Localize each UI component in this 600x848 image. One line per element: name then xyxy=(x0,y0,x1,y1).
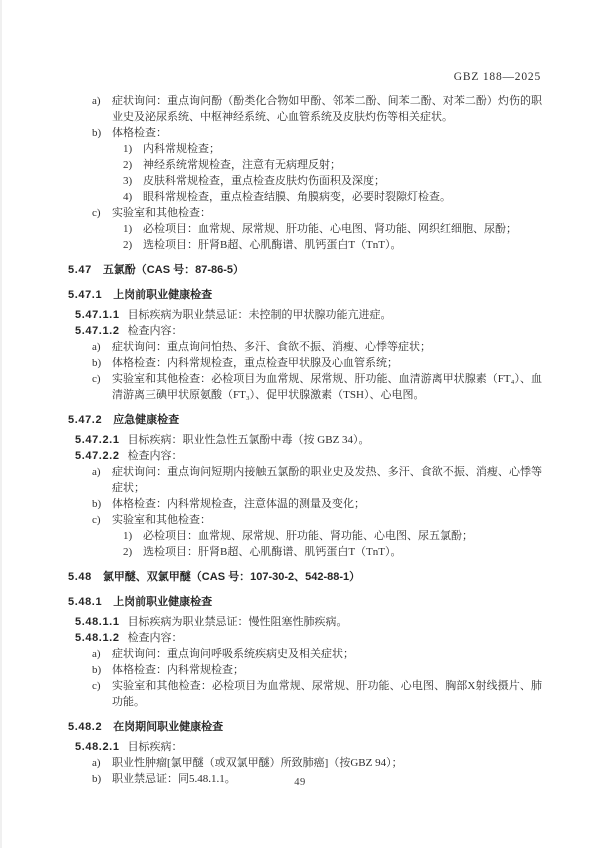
clause-5-47-2-2: 5.47.2.2检查内容： xyxy=(68,448,542,464)
subitem-label: 2) xyxy=(123,544,132,560)
clause-number: 5.47.2.1 xyxy=(75,434,120,446)
clause-text: 检查内容： xyxy=(128,325,183,337)
section-heading-5-48-1: 5.48.1上岗前职业健康检查 xyxy=(68,594,542,610)
item-label: b) xyxy=(92,496,101,512)
list-subitem: 2)神经系统常规检查，注意有无病理反射； xyxy=(68,157,542,173)
clause-text: 检查内容： xyxy=(128,632,183,644)
subitem-label: 1) xyxy=(123,528,132,544)
clause-text: 检查内容： xyxy=(128,450,183,462)
subitem-text: 选检项目：肝肾B超、心肌酶谱、肌钙蛋白T（TnT）。 xyxy=(143,239,402,251)
clause-5-47-2-1: 5.47.2.1目标疾病：职业性急性五氯酚中毒（按 GBZ 34）。 xyxy=(68,432,542,448)
clause-text: 目标疾病：职业性急性五氯酚中毒（按 GBZ 34）。 xyxy=(128,434,370,446)
list-item: a)症状询问：重点询问短期内接触五氯酚的职业史及发热、多汗、食欲不振、消瘦、心悸… xyxy=(68,464,542,496)
clause-number: 5.47.2.2 xyxy=(75,450,120,462)
item-text: 实验室和其他检查： xyxy=(112,514,211,526)
list-subitem: 2)选检项目：肝肾B超、心肌酶谱、肌钙蛋白T（TnT）。 xyxy=(68,237,542,253)
item-text: 体格检查：内科常规检查，注意体温的测量及变化； xyxy=(112,498,365,510)
list-item: c)实验室和其他检查： xyxy=(68,205,542,221)
section-heading-5-47-2: 5.47.2应急健康检查 xyxy=(68,412,542,428)
list-item: c)实验室和其他检查：必检项目为血常规、尿常规、肝功能、心电图、胸部X射线摄片、… xyxy=(68,678,542,710)
list-subitem: 4)眼科常规检查，重点检查结膜、角膜病变，必要时裂隙灯检查。 xyxy=(68,189,542,205)
item-text: 职业性肿瘤[氯甲醚（或双氯甲醚）所致肺癌]（按GBZ 94）； xyxy=(112,757,403,769)
page-edge-shadow xyxy=(0,0,2,848)
item-label: b) xyxy=(92,662,101,678)
item-text: 体格检查： xyxy=(112,127,167,139)
page-body: a)症状询问：重点询问酚（酚类化合物如甲酚、邻苯二酚、间苯二酚、对苯二酚）灼伤的… xyxy=(68,93,542,787)
subitem-label: 4) xyxy=(123,189,132,205)
list-item: b)体格检查：内科常规检查，注意体温的测量及变化； xyxy=(68,496,542,512)
list-subitem: 1)必检项目：血常规、尿常规、肝功能、肾功能、心电图、尿五氯酚； xyxy=(68,528,542,544)
item-text: 体格检查：内科常规检查，重点检查甲状腺及心血管系统； xyxy=(112,357,398,369)
item-label: b) xyxy=(92,355,101,371)
item-label: c) xyxy=(92,205,101,221)
clause-5-48-1-2: 5.48.1.2检查内容： xyxy=(68,630,542,646)
heading-number: 5.48.1 xyxy=(68,596,102,608)
section-heading-5-48-2: 5.48.2在岗期间职业健康检查 xyxy=(68,719,542,735)
clause-number: 5.48.1.1 xyxy=(75,616,120,628)
item-label: c) xyxy=(92,371,101,387)
item-label: a) xyxy=(92,339,101,355)
subitem-text: 神经系统常规检查，注意有无病理反射； xyxy=(143,159,341,171)
clause-text: 目标疾病为职业禁忌证：慢性阻塞性肺疾病。 xyxy=(128,616,348,628)
list-item: a)症状询问：重点询问酚（酚类化合物如甲酚、邻苯二酚、间苯二酚、对苯二酚）灼伤的… xyxy=(68,93,542,125)
clause-5-47-1-2: 5.47.1.2检查内容： xyxy=(68,323,542,339)
clause-5-47-1-1: 5.47.1.1目标疾病为职业禁忌证：未控制的甲状腺功能亢进症。 xyxy=(68,307,542,323)
clause-number: 5.47.1.2 xyxy=(75,325,120,337)
heading-number: 5.47 xyxy=(68,264,92,276)
item-text: 实验室和其他检查：必检项目为血常规、尿常规、肝功能、心电图、胸部X射线摄片、肺功… xyxy=(112,680,542,708)
item-text: 症状询问：重点询问怕热、多汗、食欲不振、消瘦、心悸等症状； xyxy=(112,341,431,353)
list-subitem: 2)选检项目：肝肾B超、心肌酶谱、肌钙蛋白T（TnT）。 xyxy=(68,544,542,560)
list-item: a)职业性肿瘤[氯甲醚（或双氯甲醚）所致肺癌]（按GBZ 94）； xyxy=(68,755,542,771)
list-item: c)实验室和其他检查： xyxy=(68,512,542,528)
subitem-label: 3) xyxy=(123,173,132,189)
clause-text: 目标疾病为职业禁忌证：未控制的甲状腺功能亢进症。 xyxy=(128,309,392,321)
section-heading-5-48: 5.48氯甲醚、双氯甲醚（CAS 号：107-30-2、542-88-1） xyxy=(68,569,542,585)
list-item: b)体格检查： xyxy=(68,125,542,141)
page-number: 49 xyxy=(0,777,600,788)
clause-number: 5.47.1.1 xyxy=(75,309,120,321)
clause-5-48-2-1: 5.48.2.1目标疾病： xyxy=(68,739,542,755)
section-heading-5-47-1: 5.47.1上岗前职业健康检查 xyxy=(68,287,542,303)
document-page: GBZ 188—2025 a)症状询问：重点询问酚（酚类化合物如甲酚、邻苯二酚、… xyxy=(0,0,600,848)
heading-number: 5.47.1 xyxy=(68,289,102,301)
subitem-text: 必检项目：血常规、尿常规、肝功能、心电图、肾功能、网织红细胞、尿酚； xyxy=(143,223,517,235)
heading-number: 5.48.2 xyxy=(68,721,102,733)
heading-text: 应急健康检查 xyxy=(113,414,179,426)
list-subitem: 1)必检项目：血常规、尿常规、肝功能、心电图、肾功能、网织红细胞、尿酚； xyxy=(68,221,542,237)
heading-text: 在岗期间职业健康检查 xyxy=(113,721,223,733)
item-label: a) xyxy=(92,755,101,771)
heading-text: 上岗前职业健康检查 xyxy=(113,596,212,608)
item-text: 症状询问：重点询问呼吸系统疾病史及相关症状； xyxy=(112,648,354,660)
subitem-text: 皮肤科常规检查，重点检查皮肤灼伤面积及深度； xyxy=(143,175,385,187)
subitem-text: 内科常规检查； xyxy=(143,143,220,155)
item-label: a) xyxy=(92,464,101,480)
item-text: 症状询问：重点询问酚（酚类化合物如甲酚、邻苯二酚、间苯二酚、对苯二酚）灼伤的职业… xyxy=(112,95,542,123)
subitem-text: 选检项目：肝肾B超、心肌酶谱、肌钙蛋白T（TnT）。 xyxy=(143,546,402,558)
list-subitem: 3)皮肤科常规检查，重点检查皮肤灼伤面积及深度； xyxy=(68,173,542,189)
item-label: c) xyxy=(92,512,101,528)
item-text: 实验室和其他检查： xyxy=(112,207,211,219)
heading-text: 上岗前职业健康检查 xyxy=(113,289,212,301)
list-item: a)症状询问：重点询问怕热、多汗、食欲不振、消瘦、心悸等症状； xyxy=(68,339,542,355)
heading-text: 五氯酚（CAS 号：87-86-5） xyxy=(103,264,244,276)
clause-text: 目标疾病： xyxy=(128,741,183,753)
clause-5-48-1-1: 5.48.1.1目标疾病为职业禁忌证：慢性阻塞性肺疾病。 xyxy=(68,614,542,630)
subitem-label: 1) xyxy=(123,141,132,157)
subitem-text: 必检项目：血常规、尿常规、肝功能、肾功能、心电图、尿五氯酚； xyxy=(143,530,473,542)
item-label: c) xyxy=(92,678,101,694)
item-text: 体格检查：内科常规检查； xyxy=(112,664,244,676)
list-subitem: 1)内科常规检查； xyxy=(68,141,542,157)
clause-number: 5.48.1.2 xyxy=(75,632,120,644)
list-item: b)体格检查：内科常规检查； xyxy=(68,662,542,678)
heading-text: 氯甲醚、双氯甲醚（CAS 号：107-30-2、542-88-1） xyxy=(103,571,360,583)
subitem-label: 2) xyxy=(123,157,132,173)
item-label: b) xyxy=(92,125,101,141)
subitem-label: 2) xyxy=(123,237,132,253)
item-text: 症状询问：重点询问短期内接触五氯酚的职业史及发热、多汗、食欲不振、消瘦、心悸等症… xyxy=(112,466,542,494)
list-item: c)实验室和其他检查：必检项目为血常规、尿常规、肝功能、血清游离甲状腺素（FT₄… xyxy=(68,371,542,403)
item-label: a) xyxy=(92,93,101,109)
list-item: b)体格检查：内科常规检查，重点检查甲状腺及心血管系统； xyxy=(68,355,542,371)
clause-number: 5.48.2.1 xyxy=(75,741,120,753)
subitem-text: 眼科常规检查，重点检查结膜、角膜病变，必要时裂隙灯检查。 xyxy=(143,191,451,203)
item-text: 实验室和其他检查：必检项目为血常规、尿常规、肝功能、血清游离甲状腺素（FT₄）、… xyxy=(112,373,542,401)
standard-number: GBZ 188—2025 xyxy=(454,71,541,83)
subitem-label: 1) xyxy=(123,221,132,237)
heading-number: 5.48 xyxy=(68,571,92,583)
list-item: a)症状询问：重点询问呼吸系统疾病史及相关症状； xyxy=(68,646,542,662)
heading-number: 5.47.2 xyxy=(68,414,102,426)
item-label: a) xyxy=(92,646,101,662)
section-heading-5-47: 5.47五氯酚（CAS 号：87-86-5） xyxy=(68,262,542,278)
